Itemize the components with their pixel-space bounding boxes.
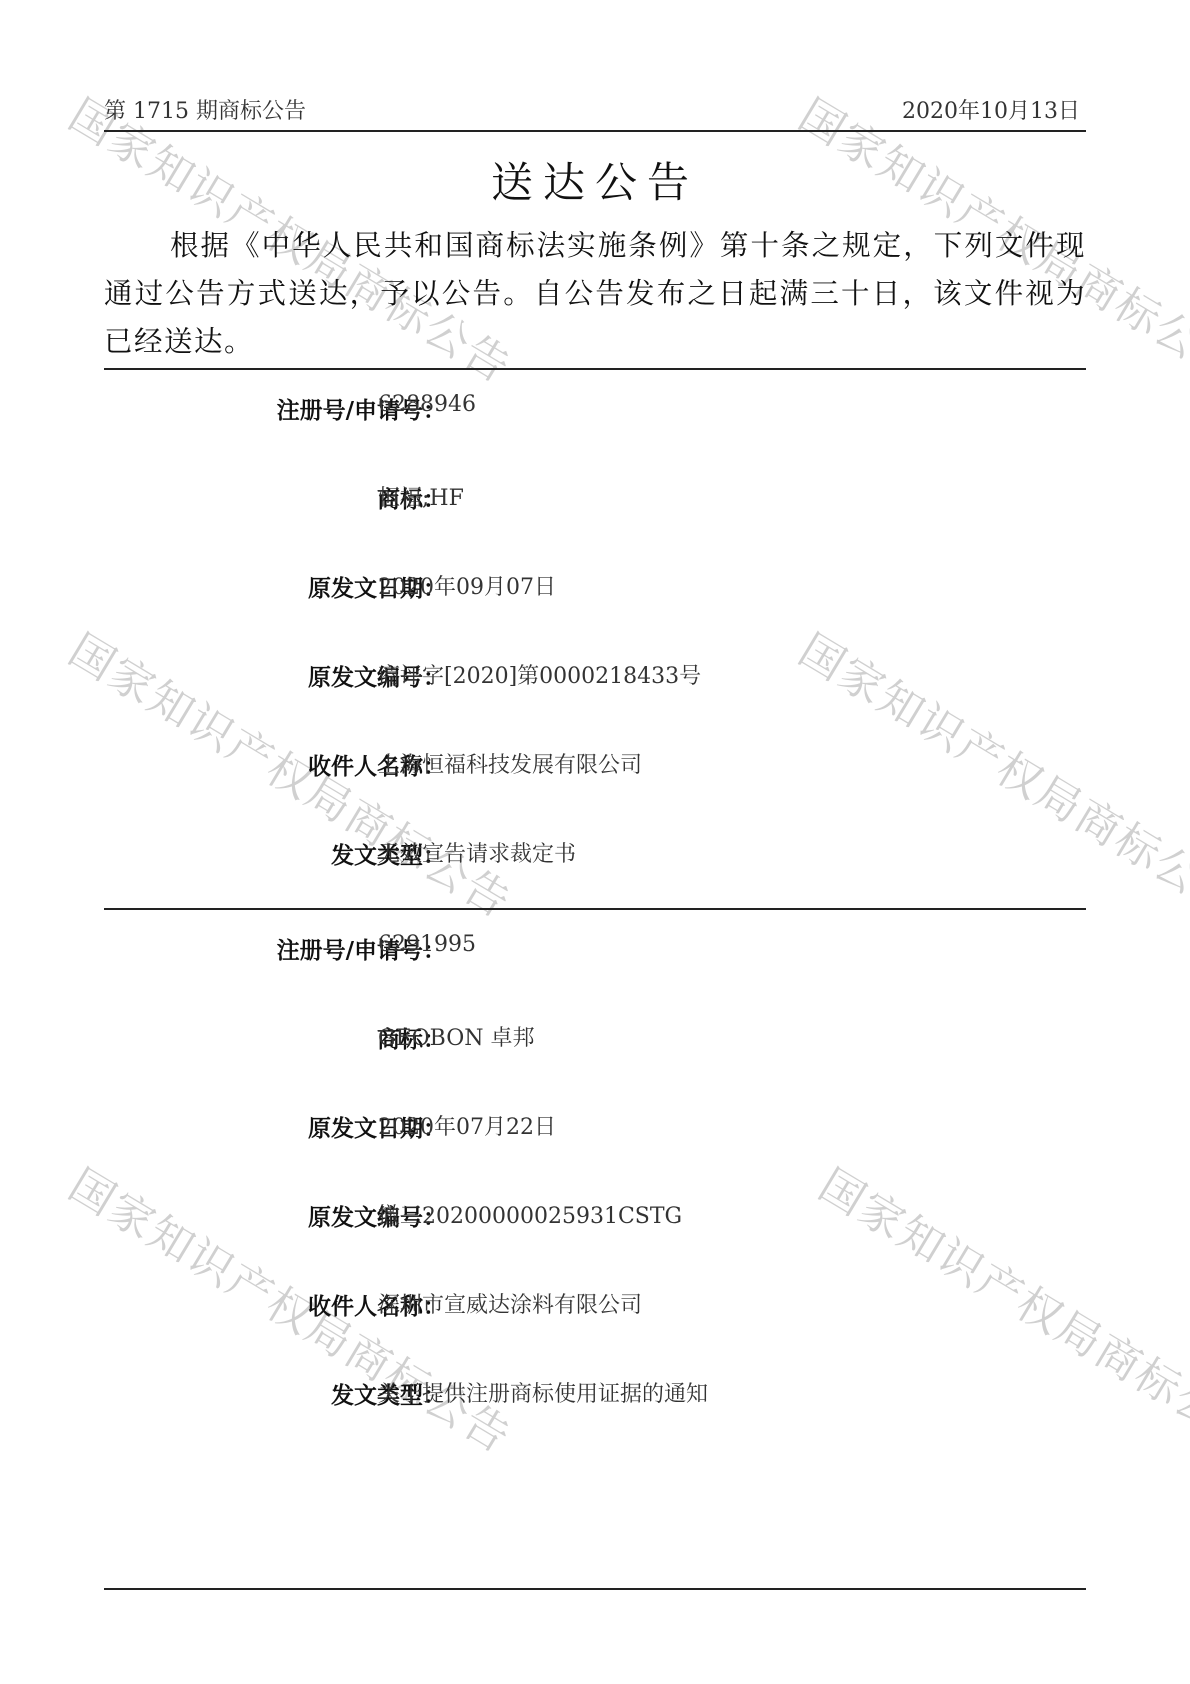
page-header: 第 1715 期商标公告 2020年10月13日 xyxy=(104,92,1086,132)
field-value: 撤三20200000025931CSTG xyxy=(378,1199,682,1230)
document-page: 国家知识产权局商标公告 国家知识产权局商标公告 国家知识产权局商标公告 国家知识… xyxy=(0,0,1190,1684)
field-trademark: 商标： 恒福;HF xyxy=(104,481,1086,521)
field-recipient-name: 收件人名称： 上海恒福科技发展有限公司 xyxy=(104,748,1086,788)
divider xyxy=(104,368,1086,370)
intro-paragraph: 根据《中华人民共和国商标法实施条例》第十条之规定，下列文件现通过公告方式送达，予… xyxy=(104,222,1086,366)
footer-divider xyxy=(104,1588,1086,1590)
field-value: 6288946 xyxy=(378,392,476,417)
divider xyxy=(104,908,1086,910)
field-value: 关于提供注册商标使用证据的通知 xyxy=(378,1377,708,1408)
field-value: 恒福;HF xyxy=(378,481,464,512)
field-original-date: 原发文日期： 2020年09月07日 xyxy=(104,570,1086,610)
field-value: 无效宣告请求裁定书 xyxy=(378,837,576,868)
field-value: 6291995 xyxy=(378,932,476,957)
field-value: 深圳市宣威达涂料有限公司 xyxy=(378,1288,642,1319)
page-title: 送达公告 xyxy=(0,150,1190,210)
field-document-type: 发文类型： 无效宣告请求裁定书 xyxy=(104,837,1086,877)
field-value: 2020年09月07日 xyxy=(378,570,556,601)
field-value: 2020年07月22日 xyxy=(378,1110,556,1141)
field-registration-number: 注册号/申请号： 6291995 xyxy=(104,932,1086,972)
field-original-doc-number: 原发文编号： 商评字[2020]第0000218433号 xyxy=(104,659,1086,699)
field-value: 商评字[2020]第0000218433号 xyxy=(378,659,701,690)
field-original-doc-number: 原发文编号： 撤三20200000025931CSTG xyxy=(104,1199,1086,1239)
field-registration-number: 注册号/申请号： 6288946 xyxy=(104,392,1086,432)
issue-date: 2020年10月13日 xyxy=(902,94,1080,125)
field-trademark: 商标： GEOBON 卓邦 xyxy=(104,1021,1086,1061)
field-value: 上海恒福科技发展有限公司 xyxy=(378,748,642,779)
issue-number: 第 1715 期商标公告 xyxy=(104,94,306,125)
field-original-date: 原发文日期： 2020年07月22日 xyxy=(104,1110,1086,1150)
field-value: GEOBON 卓邦 xyxy=(378,1021,535,1052)
field-recipient-name: 收件人名称： 深圳市宣威达涂料有限公司 xyxy=(104,1288,1086,1328)
field-document-type: 发文类型： 关于提供注册商标使用证据的通知 xyxy=(104,1377,1086,1417)
